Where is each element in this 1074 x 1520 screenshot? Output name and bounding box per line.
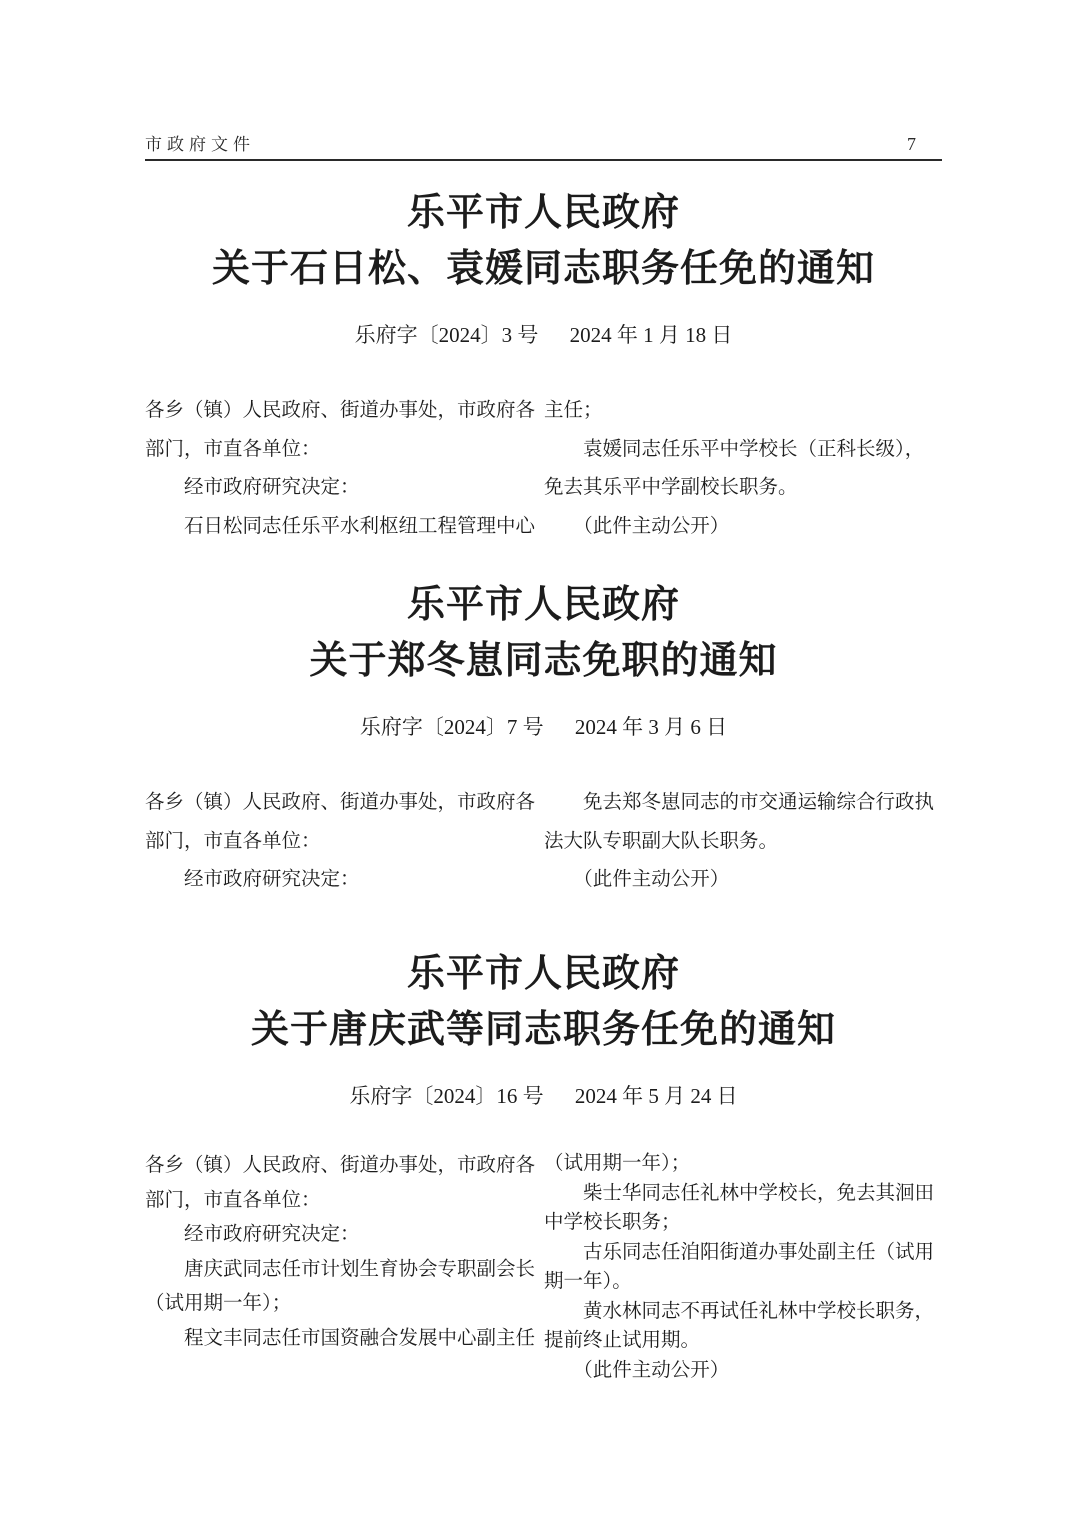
text-line: 程文丰同志任市国资融合发展中心副主任: [145, 1322, 544, 1357]
title-line-2: 关于郑冬崽同志免职的通知: [145, 633, 942, 689]
text-line: 中学校长职务；: [544, 1208, 942, 1238]
text-line: （此件主动公开）: [544, 508, 942, 547]
text-line: 免去郑冬崽同志的市交通运输综合行政执: [544, 784, 942, 823]
title-line-2: 关于唐庆武等同志职务任免的通知: [145, 1002, 942, 1058]
right-column: 免去郑冬崽同志的市交通运输综合行政执法大队专职副大队长职务。 （此件主动公开）: [544, 784, 942, 900]
text-line: 经市政府研究决定：: [145, 469, 544, 508]
page-header: 市政府文件 7: [145, 130, 942, 161]
left-column: 各乡（镇）人民政府、街道办事处，市政府各部门，市直各单位： 经市政府研究决定： …: [145, 392, 544, 546]
title-line-1: 乐平市人民政府: [145, 185, 942, 241]
page-number: 7: [907, 134, 916, 155]
text-line: 各乡（镇）人民政府、街道办事处，市政府各: [145, 392, 544, 431]
text-line: 部门，市直各单位：: [145, 1184, 544, 1219]
doc-date: 2024 年 5 月 24 日: [575, 1084, 738, 1108]
text-line: 黄水林同志不再试任礼林中学校长职务，: [544, 1297, 942, 1327]
title-line-2: 关于石日松、袁媛同志职务任免的通知: [145, 241, 942, 297]
text-line: 部门，市直各单位：: [145, 431, 544, 470]
notice-section-3: 乐平市人民政府 关于唐庆武等同志职务任免的通知 乐府字〔2024〕16 号 20…: [145, 946, 942, 1385]
text-line: （此件主动公开）: [544, 1356, 942, 1386]
text-line: 主任；: [544, 392, 942, 431]
text-line: （试用期一年）；: [145, 1287, 544, 1322]
text-line: 各乡（镇）人民政府、街道办事处，市政府各: [145, 1149, 544, 1184]
left-column: 各乡（镇）人民政府、街道办事处，市政府各部门，市直各单位： 经市政府研究决定： …: [145, 1149, 544, 1385]
document-page: 市政府文件 7 乐平市人民政府 关于石日松、袁媛同志职务任免的通知 乐府字〔20…: [0, 0, 1074, 1520]
notice-body: 各乡（镇）人民政府、街道办事处，市政府各部门，市直各单位： 经市政府研究决定： …: [145, 1149, 942, 1385]
right-column: 主任； 袁媛同志任乐平中学校长（正科长级），免去其乐平中学副校长职务。 （此件主…: [544, 392, 942, 546]
left-column: 各乡（镇）人民政府、街道办事处，市政府各部门，市直各单位： 经市政府研究决定：: [145, 784, 544, 900]
text-line: 袁媛同志任乐平中学校长（正科长级），: [544, 431, 942, 470]
text-line: 经市政府研究决定：: [145, 861, 544, 900]
title-line-1: 乐平市人民政府: [145, 946, 942, 1002]
text-line: 古乐同志任洎阳街道办事处副主任（试用: [544, 1238, 942, 1268]
text-line: 法大队专职副大队长职务。: [544, 823, 942, 862]
text-line: 经市政府研究决定：: [145, 1218, 544, 1253]
notice-title: 乐平市人民政府 关于石日松、袁媛同志职务任免的通知: [145, 185, 942, 297]
doc-date: 2024 年 3 月 6 日: [575, 715, 727, 739]
notice-title: 乐平市人民政府 关于唐庆武等同志职务任免的通知: [145, 946, 942, 1058]
notice-title: 乐平市人民政府 关于郑冬崽同志免职的通知: [145, 577, 942, 689]
doc-number: 乐府字〔2024〕3 号: [355, 323, 539, 347]
text-line: 部门，市直各单位：: [145, 823, 544, 862]
notice-body: 各乡（镇）人民政府、街道办事处，市政府各部门，市直各单位： 经市政府研究决定： …: [145, 392, 942, 546]
doc-number: 乐府字〔2024〕7 号: [360, 715, 544, 739]
notice-section-1: 乐平市人民政府 关于石日松、袁媛同志职务任免的通知 乐府字〔2024〕3 号 2…: [145, 185, 942, 546]
text-line: 各乡（镇）人民政府、街道办事处，市政府各: [145, 784, 544, 823]
text-line: （此件主动公开）: [544, 861, 942, 900]
text-line: 期一年）。: [544, 1267, 942, 1297]
text-line: 免去其乐平中学副校长职务。: [544, 469, 942, 508]
text-line: 柴士华同志任礼林中学校长，免去其洄田: [544, 1179, 942, 1209]
right-column: （试用期一年）； 柴士华同志任礼林中学校长，免去其洄田中学校长职务； 古乐同志任…: [544, 1149, 942, 1385]
notice-section-2: 乐平市人民政府 关于郑冬崽同志免职的通知 乐府字〔2024〕7 号 2024 年…: [145, 577, 942, 900]
header-label: 市政府文件: [145, 130, 255, 155]
doc-number-line: 乐府字〔2024〕16 号 2024 年 5 月 24 日: [145, 1080, 942, 1106]
text-line: （试用期一年）；: [544, 1149, 942, 1179]
text-line: 石日松同志任乐平水利枢纽工程管理中心: [145, 508, 544, 547]
text-line: 唐庆武同志任市计划生育协会专职副会长: [145, 1253, 544, 1288]
doc-number-line: 乐府字〔2024〕3 号 2024 年 1 月 18 日: [145, 319, 942, 345]
doc-number: 乐府字〔2024〕16 号: [349, 1084, 543, 1108]
title-line-1: 乐平市人民政府: [145, 577, 942, 633]
doc-number-line: 乐府字〔2024〕7 号 2024 年 3 月 6 日: [145, 711, 942, 737]
notice-body: 各乡（镇）人民政府、街道办事处，市政府各部门，市直各单位： 经市政府研究决定： …: [145, 784, 942, 900]
doc-date: 2024 年 1 月 18 日: [570, 323, 733, 347]
text-line: 提前终止试用期。: [544, 1326, 942, 1356]
